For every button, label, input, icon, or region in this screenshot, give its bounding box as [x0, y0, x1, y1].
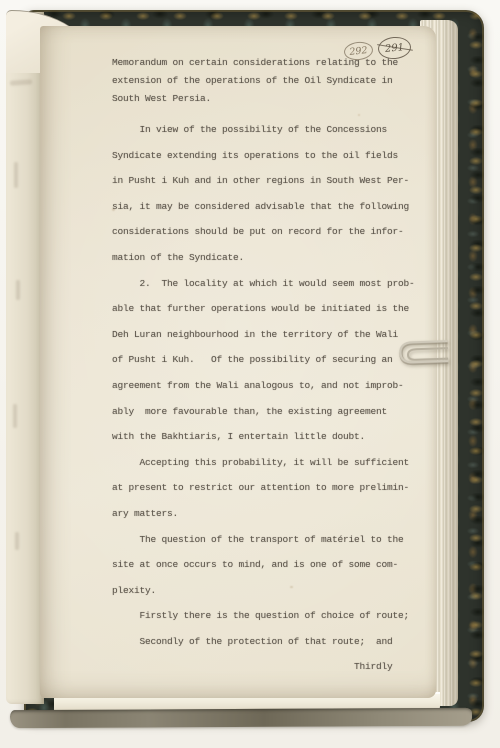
foxing-spot [358, 114, 360, 116]
bleedthrough-mark [14, 162, 18, 188]
bleedthrough-mark [16, 280, 20, 300]
memo-body-line: with the Bakhtiaris, I entertain little … [112, 424, 424, 450]
memo-heading-line: extension of the operations of the Oil S… [112, 72, 424, 90]
memo-body-line: Firstly there is the question of choice … [112, 603, 424, 629]
memo-body-line: Secondly of the protection of that route… [112, 629, 424, 655]
memo-body-line: The question of the transport of matérie… [112, 527, 424, 553]
memo-body-line: ary matters. [112, 501, 424, 527]
memo-heading-line: Memorandum on certain considerations rel… [112, 54, 424, 72]
memo-body-line: Accepting this probability, it will be s… [112, 450, 424, 476]
memo-body-line: in Pusht i Kuh and in other regions in S… [112, 168, 424, 194]
memo-body-line: 2. The locality at which it would seem m… [112, 271, 424, 297]
bleedthrough-mark [10, 79, 32, 86]
memo-body-line: In view of the possibility of the Conces… [112, 117, 424, 143]
memo-body: In view of the possibility of the Conces… [112, 117, 424, 654]
memo-body-line: Syndicate extending its operations to th… [112, 143, 424, 169]
memo-body-line: Deh Luran neighbourhood in the territory… [112, 322, 424, 348]
memo-body-line: able that further operations would be in… [112, 296, 424, 322]
memo-body-line: plexity. [112, 578, 424, 604]
previous-page-edge [6, 12, 44, 704]
paperclip-icon [395, 331, 449, 379]
memo-body-line: agreement from the Wali analogous to, an… [112, 373, 424, 399]
memo-heading: Memorandum on certain considerations rel… [112, 54, 424, 108]
memo-body-line: sia, it may be considered advisable that… [112, 194, 424, 220]
bleedthrough-mark [15, 532, 19, 550]
memo-body-line: site at once occurs to mind, and is one … [112, 552, 424, 578]
memo-body-line: considerations should be put on record f… [112, 219, 424, 245]
memo-body-line: of Pusht i Kuh. Of the possibility of se… [112, 347, 424, 373]
book-bottom-edge [10, 708, 472, 728]
bleedthrough-mark [13, 404, 17, 428]
photo-backdrop: 292 291 Memorandum on certain considerat… [0, 0, 500, 748]
document-page: 292 291 Memorandum on certain considerat… [40, 26, 436, 698]
memo-body-line: mation of the Syndicate. [112, 245, 424, 271]
memo-heading-line: South West Persia. [112, 90, 424, 108]
catchword: Thirdly [354, 654, 393, 680]
memo-body-line: ably more favourable than, the existing … [112, 399, 424, 425]
memo-body-line: at present to restrict our attention to … [112, 475, 424, 501]
